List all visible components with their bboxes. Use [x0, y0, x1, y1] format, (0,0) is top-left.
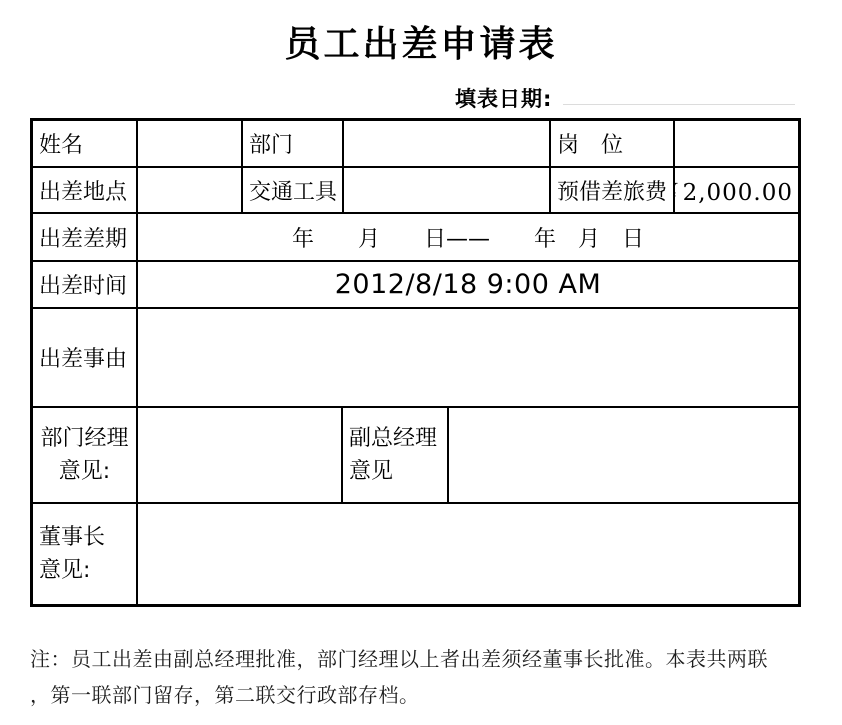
transport-label: 交通工具 — [243, 168, 344, 212]
table-row: 部门经理 意见: 副总经理 意见 — [33, 408, 798, 504]
department-field[interactable] — [344, 121, 551, 166]
dept-manager-opinion-label-line1: 部门经理 — [33, 422, 136, 455]
trip-application-form: 姓名 部门 岗 位 出差地点 交通工具 预借差旅费 ￥2,000.00 出差差期… — [30, 118, 801, 607]
vice-gm-opinion-label: 副总经理 意见 — [343, 408, 449, 502]
gridline — [563, 104, 795, 105]
department-label: 部门 — [243, 121, 344, 166]
chairman-opinion-field[interactable] — [138, 504, 798, 604]
advance-fee-label: 预借差旅费 — [551, 168, 675, 212]
table-row: 董事长 意见: — [33, 504, 798, 604]
footnote-line2: ，第一联部门留存，第二联交行政部存档。 — [30, 677, 820, 713]
trip-place-field[interactable] — [138, 168, 243, 212]
transport-field[interactable] — [344, 168, 551, 212]
table-row: 姓名 部门 岗 位 — [33, 121, 798, 168]
table-row: 出差事由 — [33, 309, 798, 408]
dept-manager-opinion-label-line2: 意见: — [33, 455, 136, 488]
table-row: 出差差期 年 月 日—— 年 月 日 — [33, 214, 798, 262]
trip-time-value[interactable]: 2012/8/18 9:00 AM — [138, 262, 798, 307]
trip-period-label: 出差差期 — [33, 214, 138, 260]
footnote-line1: 注：员工出差由副总经理批准，部门经理以上者出差须经董事长批准。本表共两联 — [30, 641, 820, 677]
vice-gm-opinion-label-line1: 副总经理 — [343, 422, 447, 455]
footnote: 注：员工出差由副总经理批准，部门经理以上者出差须经董事长批准。本表共两联 ，第一… — [30, 641, 820, 713]
dept-manager-opinion-field[interactable] — [138, 408, 343, 502]
name-field[interactable] — [138, 121, 243, 166]
vice-gm-opinion-label-line2: 意见 — [343, 455, 447, 488]
vice-gm-opinion-field[interactable] — [449, 408, 798, 502]
chairman-opinion-label-line2: 意见: — [33, 554, 136, 587]
chairman-opinion-label-line1: 董事长 — [33, 521, 136, 554]
chairman-opinion-label: 董事长 意见: — [33, 504, 138, 604]
trip-place-label: 出差地点 — [33, 168, 138, 212]
table-row: 出差时间 2012/8/18 9:00 AM — [33, 262, 798, 309]
page: 员工出差申请表 填表日期: 姓名 部门 岗 位 出差地点 交通工具 预借差旅费 … — [0, 0, 842, 725]
name-label: 姓名 — [33, 121, 138, 166]
trip-reason-field[interactable] — [138, 309, 798, 406]
advance-fee-value[interactable]: ￥2,000.00 — [675, 168, 798, 212]
trip-period-field[interactable]: 年 月 日—— 年 月 日 — [138, 214, 798, 260]
dept-manager-opinion-label: 部门经理 意见: — [33, 408, 138, 502]
position-label: 岗 位 — [551, 121, 675, 166]
fill-date-label: 填表日期: — [455, 83, 552, 113]
position-field[interactable] — [675, 121, 798, 166]
trip-reason-label: 出差事由 — [33, 309, 138, 406]
page-title: 员工出差申请表 — [0, 16, 842, 67]
table-row: 出差地点 交通工具 预借差旅费 ￥2,000.00 — [33, 168, 798, 214]
trip-time-label: 出差时间 — [33, 262, 138, 307]
